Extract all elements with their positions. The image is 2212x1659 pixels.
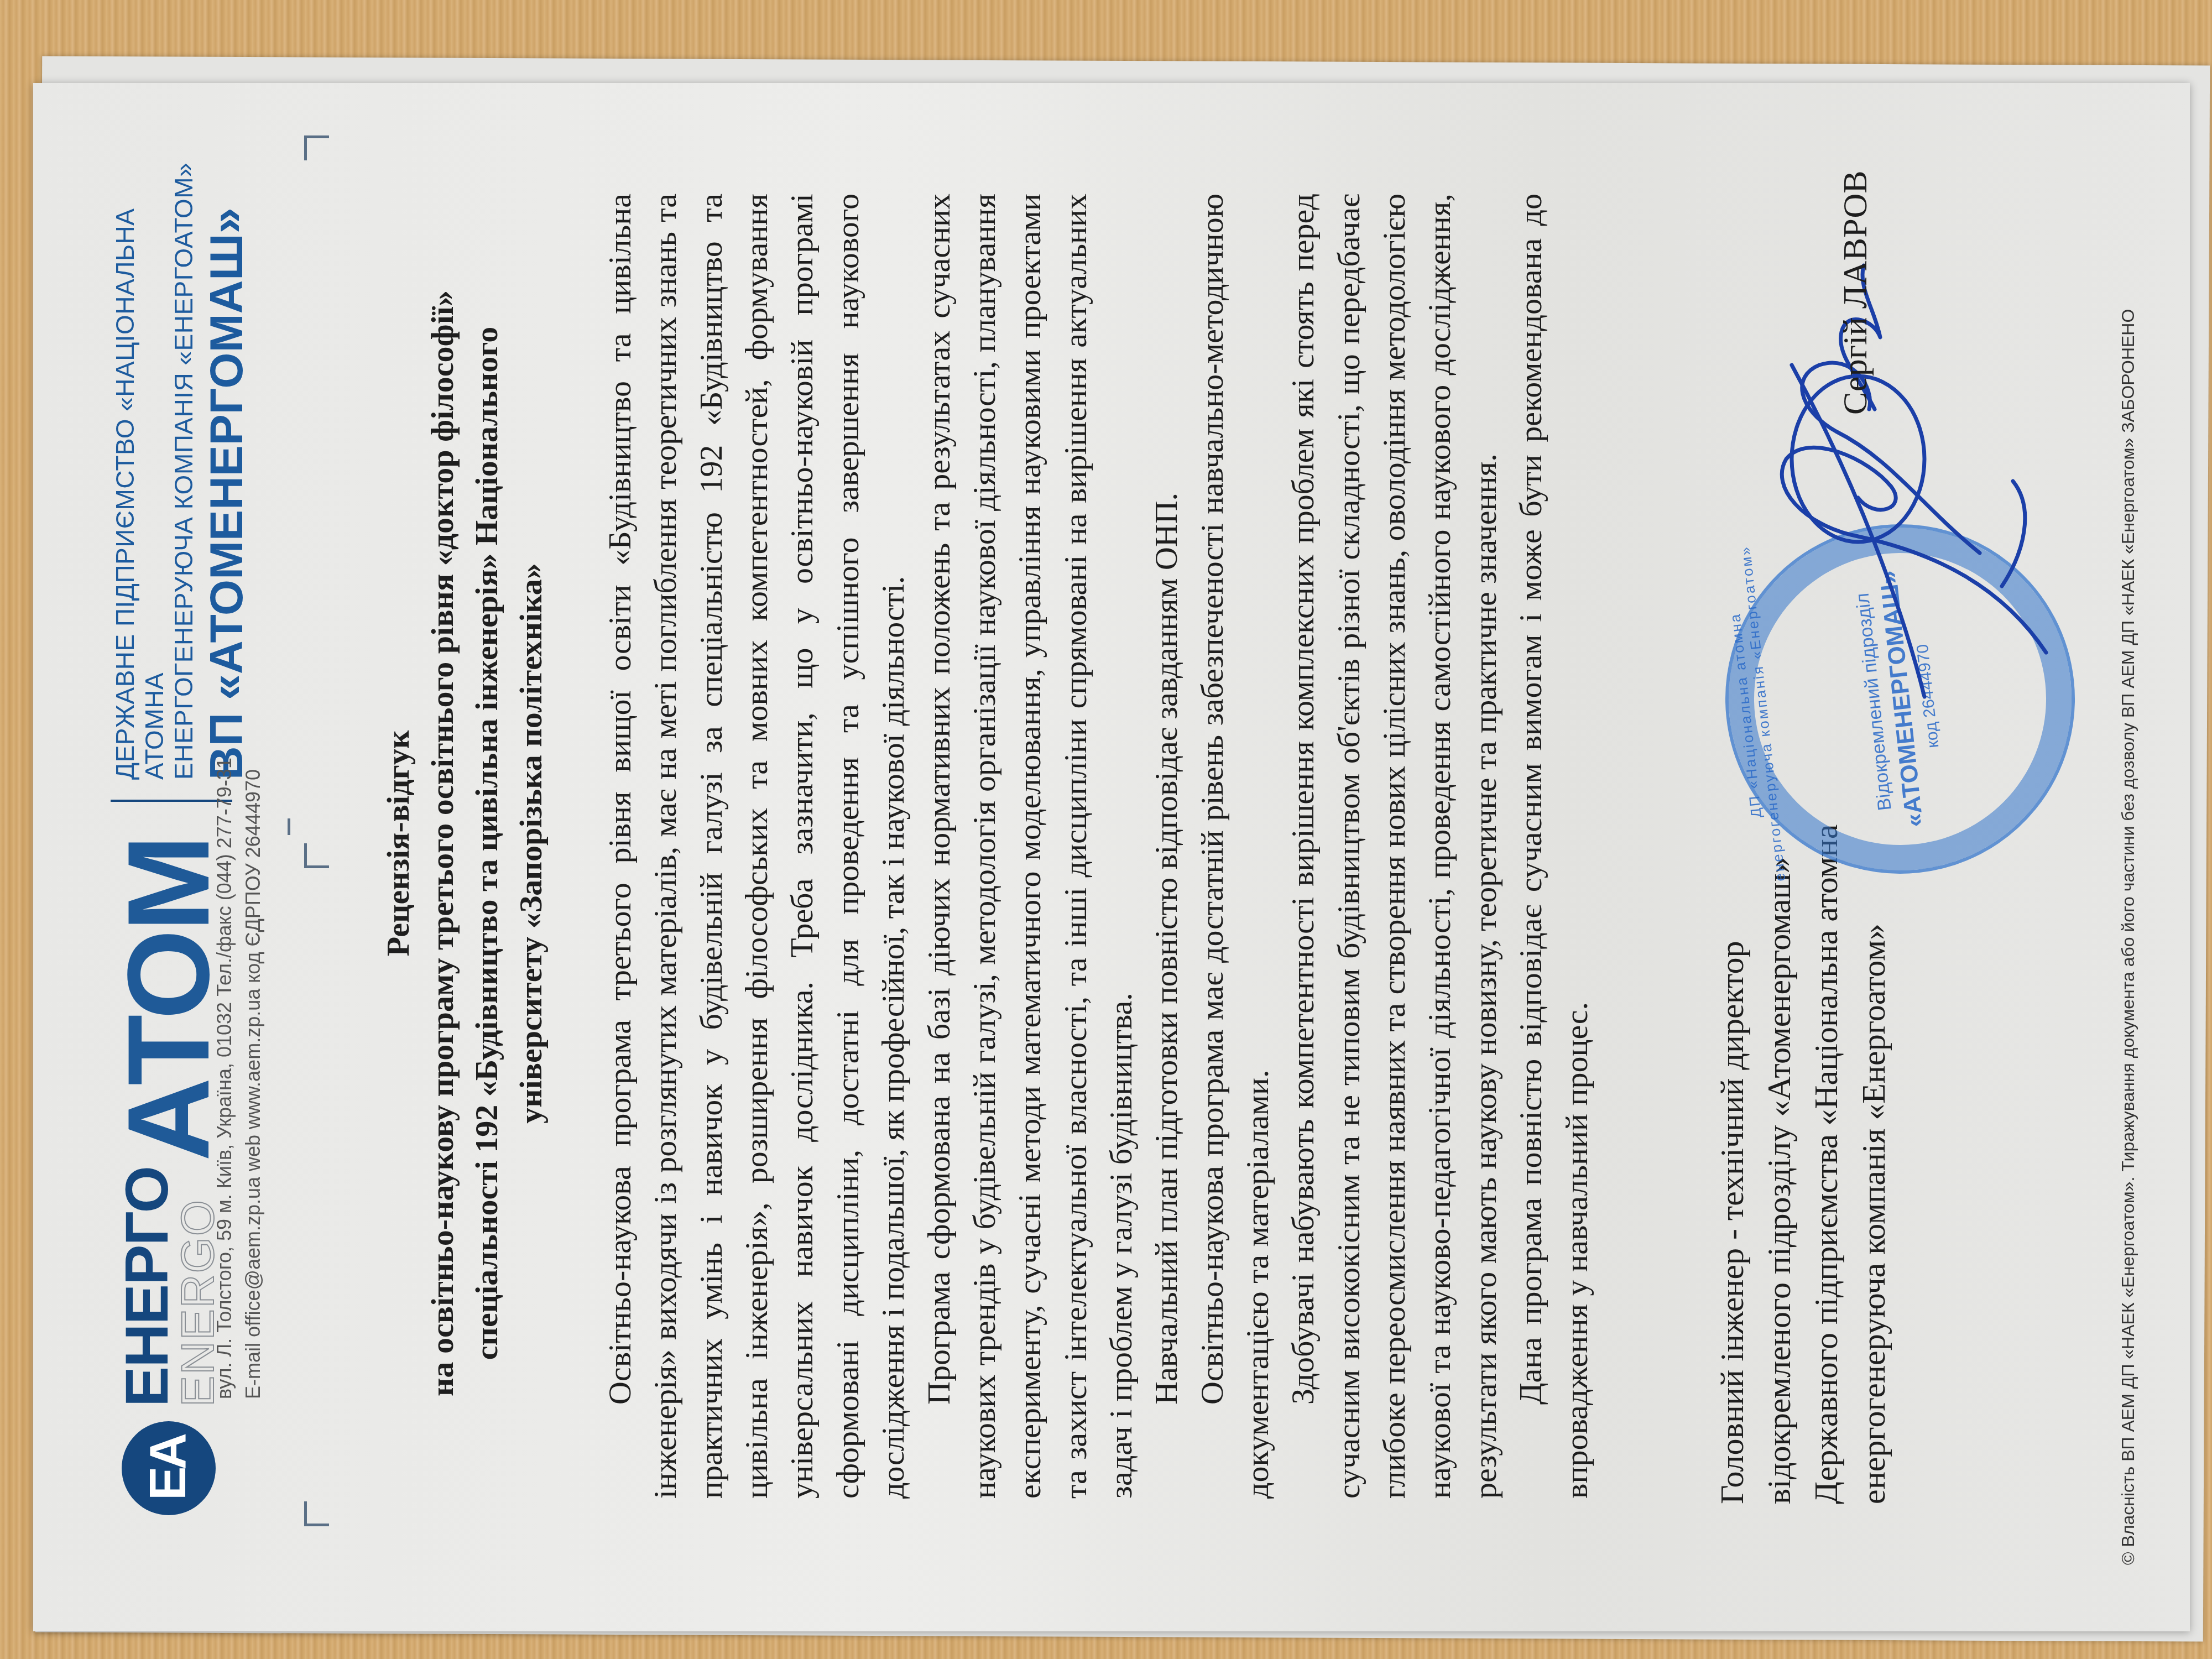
title-line: університету «Запорізька політехніка» (509, 199, 553, 1488)
organization-name: ДЕРЖАВНЕ ПІДПРИЄМСТВО «НАЦІОНАЛЬНА АТОМН… (111, 133, 254, 780)
corner-mark (288, 818, 312, 835)
body-paragraph: Здобувачі набувають компетентності виріш… (1280, 194, 1508, 1499)
title-heading: Рецензія-відгук (376, 199, 420, 1488)
signatory-name: Сергій ЛАВРОВ (1836, 170, 1875, 415)
body-paragraph: Освітньо-наукова програма третього рівня… (597, 194, 916, 1499)
corner-mark (304, 1501, 329, 1526)
body-paragraph: Програма сформована на базі діючих норма… (916, 194, 1144, 1499)
copyright-footer: © Власність ВП АЕМ ДП «НАЕК «Енергоатом»… (2118, 127, 2138, 1565)
email-web-code: E-mail office@aem.zp.ua web www.aem.zp.u… (239, 758, 268, 1399)
document-body: Освітньо-наукова програма третього рівня… (597, 194, 1599, 1499)
title-line: спеціальності 192 «Будівництво та цивіль… (465, 199, 509, 1488)
corner-mark (304, 135, 329, 160)
body-paragraph: Дана програма повністю відповідає сучасн… (1508, 194, 1599, 1499)
document-title: Рецензія-відгук на освітньо-наукову прог… (376, 199, 553, 1488)
document-photo: EA ЕНЕРГО ENERGO АТОМ ДЕРЖАВНЕ ПІДПРИЄМС… (33, 83, 2190, 1631)
signatory-position: Головний інженер - технічний директор ві… (1709, 825, 1897, 1504)
body-paragraph: Навчальний план підготовки повністю відп… (1144, 194, 1189, 1499)
logo-word-ua: ЕНЕРГО (117, 1167, 178, 1407)
letterhead-contacts: вул. Л. Толстого, 59 м. Київ, Україна, 0… (210, 758, 268, 1399)
title-line: на освітньо-наукову програму третього ос… (420, 199, 465, 1488)
company-logo: EA ЕНЕРГО ENERGO АТОМ (116, 837, 221, 1515)
logo-emblem-icon: EA (122, 1421, 216, 1515)
corner-mark (304, 843, 329, 868)
logo-wordmark: ЕНЕРГО ENERGO АТОМ (116, 837, 221, 1407)
handwritten-signature-icon (1692, 221, 2079, 719)
logo-word-atom: АТОМ (116, 837, 221, 1161)
document-page: EA ЕНЕРГО ENERGO АТОМ ДЕРЖАВНЕ ПІДПРИЄМС… (33, 83, 2190, 1631)
address-phone: вул. Л. Толстого, 59 м. Київ, Україна, 0… (210, 758, 239, 1399)
body-paragraph: Освітньо-наукова програма має достатній … (1190, 194, 1281, 1499)
